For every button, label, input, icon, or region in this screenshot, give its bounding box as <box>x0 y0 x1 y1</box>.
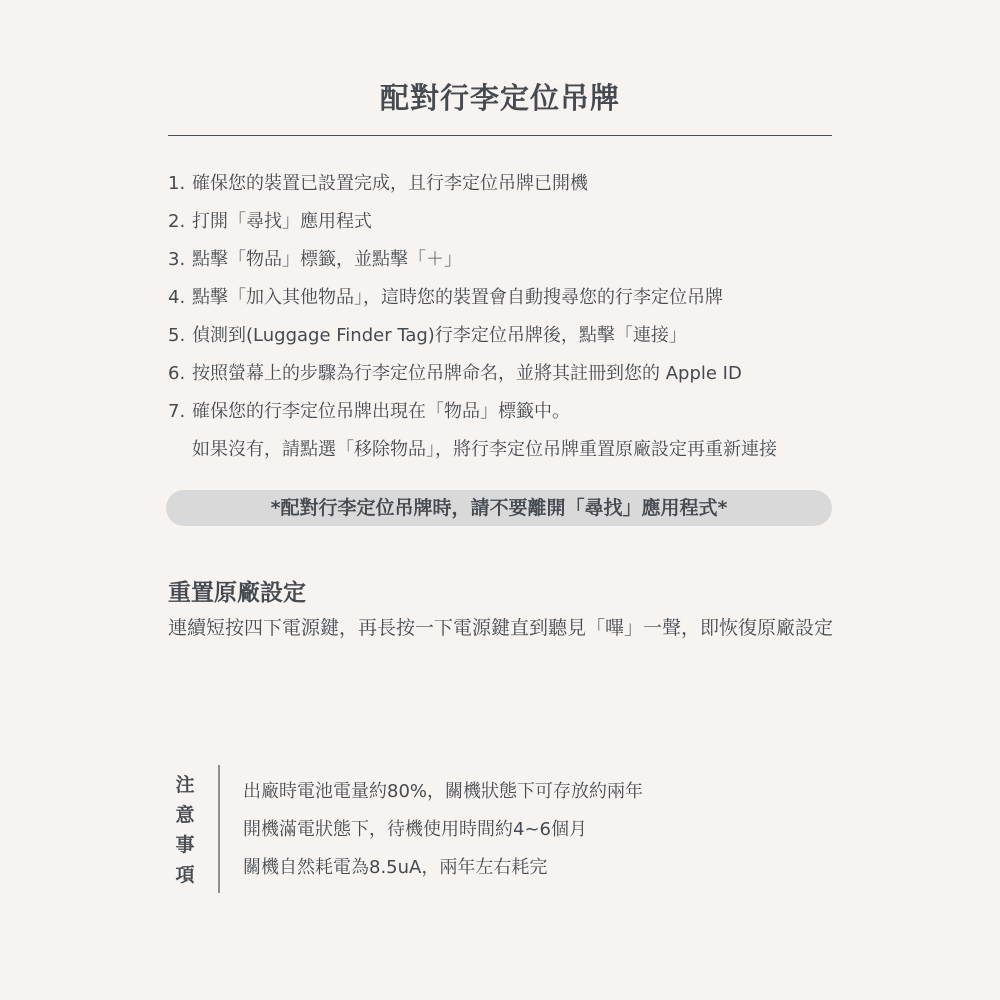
step-number: 5. <box>168 322 192 350</box>
step-number: 3. <box>168 246 192 274</box>
step-number: 6. <box>168 360 192 388</box>
reset-heading: 重置原廠設定 <box>168 574 306 607</box>
notes-list: 出廠時電池電量約80%，關機狀態下可存放約兩年 開機滿電狀態下，待機使用時間約4… <box>243 779 643 893</box>
reset-instructions: 連續短按四下電源鍵，再長按一下電源鍵直到聽見「嗶」一聲，即恢復原廠設定 <box>168 613 833 640</box>
notes-label-char: 注 <box>174 770 196 800</box>
step-continuation: 如果沒有，請點選「移除物品」，將行李定位吊牌重置原廠設定再重新連接 <box>168 436 858 474</box>
step-text: 偵測到(Luggage Finder Tag)行李定位吊牌後，點擊「連接」 <box>192 325 687 346</box>
step-text: 點擊「加入其他物品」，這時您的裝置會自動搜尋您的行李定位吊牌 <box>192 287 723 308</box>
notes-label: 注 意 事 項 <box>174 770 196 890</box>
step-text: 確保您的行李定位吊牌出現在「物品」標籤中。 <box>192 401 570 422</box>
step-number: 1. <box>168 170 192 198</box>
notes-label-char: 項 <box>174 860 196 890</box>
step-text: 確保您的裝置已設置完成，且行李定位吊牌已開機 <box>192 173 588 194</box>
step-item: 3.點擊「物品」標籤，並點擊「＋」 <box>168 246 858 284</box>
title-divider <box>168 135 832 136</box>
notes-label-char: 意 <box>174 800 196 830</box>
step-text: 按照螢幕上的步驟為行李定位吊牌命名，並將其註冊到您的 Apple ID <box>192 363 742 384</box>
page-title: 配對行李定位吊牌 <box>0 76 1000 117</box>
step-number: 4. <box>168 284 192 312</box>
step-text: 打開「尋找」應用程式 <box>192 211 372 232</box>
step-number: 2. <box>168 208 192 236</box>
note-item: 出廠時電池電量約80%，關機狀態下可存放約兩年 <box>243 779 643 817</box>
step-item: 5.偵測到(Luggage Finder Tag)行李定位吊牌後，點擊「連接」 <box>168 322 858 360</box>
step-text: 點擊「物品」標籤，並點擊「＋」 <box>192 249 462 270</box>
notes-divider <box>218 765 220 893</box>
note-item: 開機滿電狀態下，待機使用時間約4~6個月 <box>243 817 643 855</box>
note-item: 關機自然耗電為8.5uA，兩年左右耗完 <box>243 855 643 893</box>
step-item: 4.點擊「加入其他物品」，這時您的裝置會自動搜尋您的行李定位吊牌 <box>168 284 858 322</box>
pairing-steps-list: 1.確保您的裝置已設置完成，且行李定位吊牌已開機 2.打開「尋找」應用程式 3.… <box>168 170 858 474</box>
step-item: 7.確保您的行李定位吊牌出現在「物品」標籤中。 <box>168 398 858 436</box>
warning-banner: *配對行李定位吊牌時，請不要離開「尋找」應用程式* <box>166 490 832 526</box>
notes-label-char: 事 <box>174 830 196 860</box>
step-item: 6.按照螢幕上的步驟為行李定位吊牌命名，並將其註冊到您的 Apple ID <box>168 360 858 398</box>
step-number: 7. <box>168 398 192 426</box>
step-item: 2.打開「尋找」應用程式 <box>168 208 858 246</box>
step-item: 1.確保您的裝置已設置完成，且行李定位吊牌已開機 <box>168 170 858 208</box>
